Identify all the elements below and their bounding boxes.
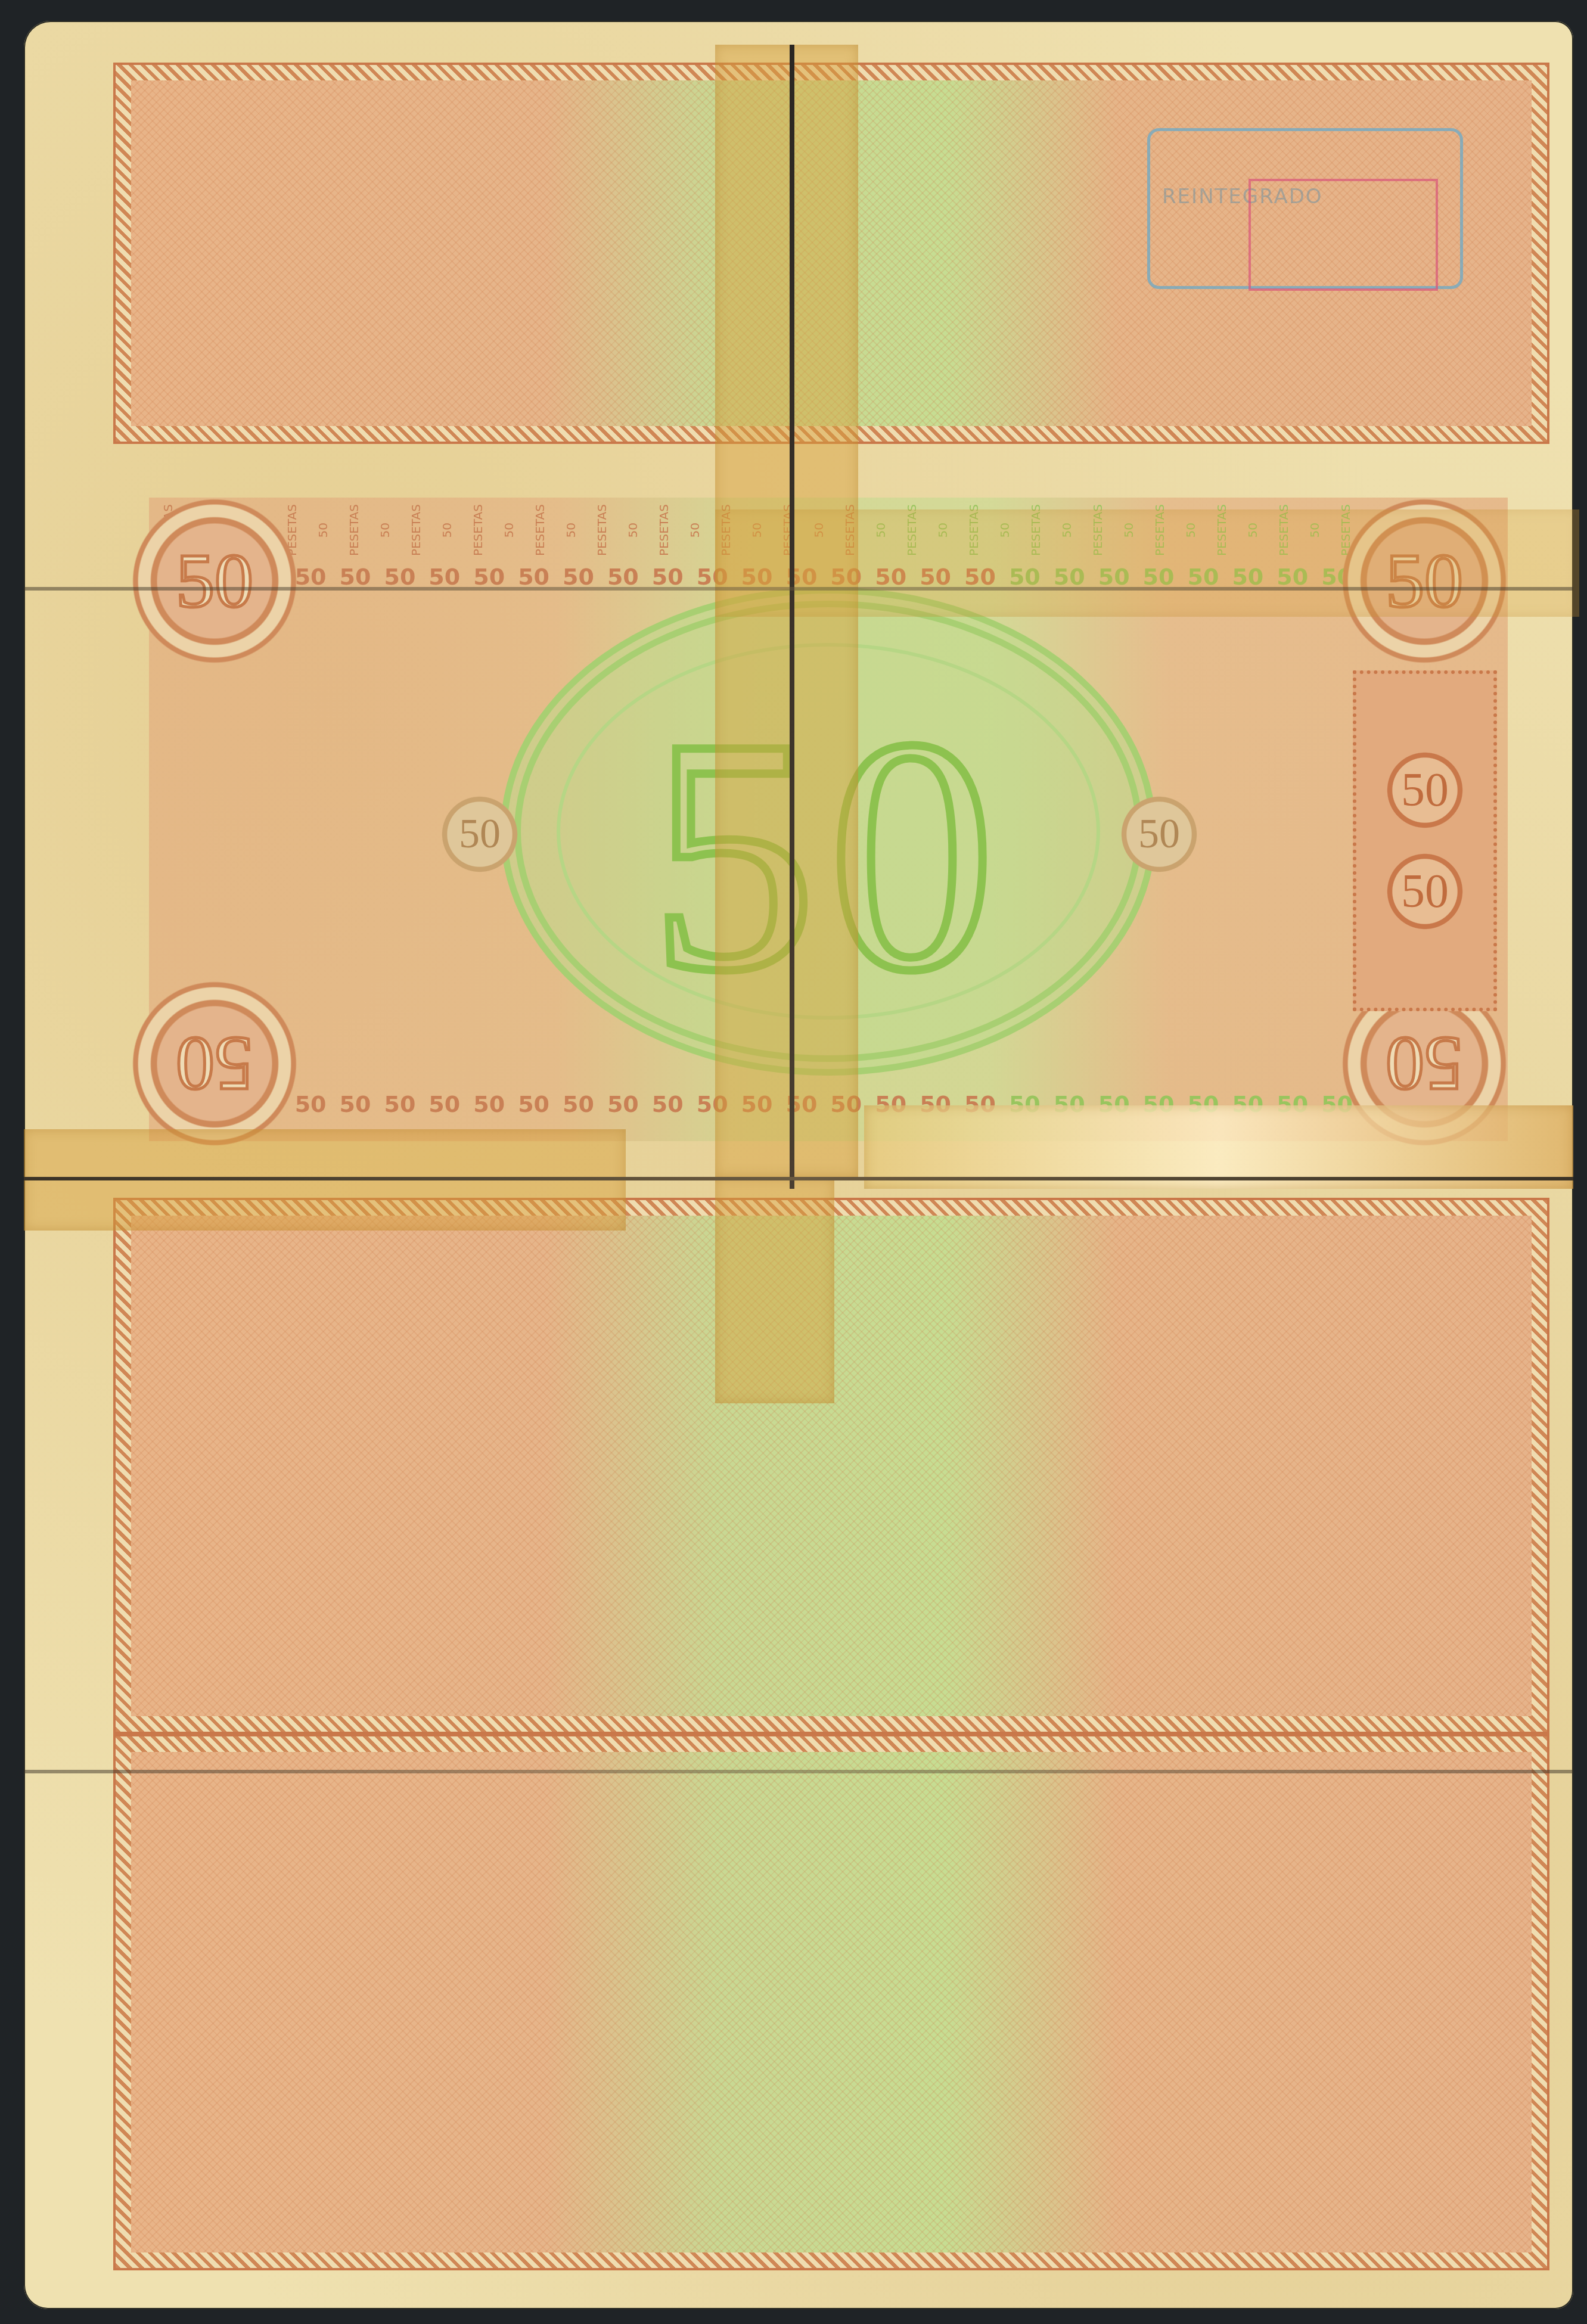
- red-stamp: [1249, 179, 1438, 291]
- pesetas-band-text: 50: [688, 523, 702, 537]
- band-repeat-text: 50: [473, 564, 505, 590]
- band-repeat-text: 50: [428, 1091, 460, 1117]
- band-repeat-text: 50: [340, 1091, 371, 1117]
- pesetas-band-text: 50: [564, 523, 578, 537]
- vertical-denomination-panel: 50 50: [1353, 670, 1497, 1011]
- pesetas-band-text: PESETAS: [657, 504, 671, 556]
- pesetas-band-text: PESETAS: [533, 504, 547, 556]
- tape-horizontal-right: [864, 1105, 1573, 1189]
- band-repeat-text: 50: [428, 564, 460, 590]
- document-sheet: PESETAS50PESETAS50PESETAS50PESETAS50PESE…: [24, 21, 1573, 2309]
- band-repeat-text: 50: [563, 564, 594, 590]
- pesetas-band-text: PESETAS: [595, 504, 609, 556]
- band-repeat-text: 50: [384, 564, 415, 590]
- rosette-mid-left: 50: [429, 784, 530, 885]
- band-repeat-text: 50: [607, 564, 639, 590]
- vpanel-numeral-lower: 50: [1374, 841, 1476, 942]
- panel-border-ornament: [116, 1736, 1547, 2268]
- crease-horizontal-middle: [24, 1177, 1573, 1180]
- band-repeat-text: 50: [340, 564, 371, 590]
- band-repeat-text: 50: [563, 1091, 594, 1117]
- band-repeat-text: 50: [518, 1091, 549, 1117]
- pesetas-band-text: 50: [440, 523, 454, 537]
- band-repeat-text: 50: [652, 564, 684, 590]
- band-repeat-text: 50: [473, 1091, 505, 1117]
- tape-horizontal-mid: [715, 509, 1579, 617]
- vpanel-numeral-upper: 50: [1374, 740, 1476, 841]
- band-repeat-text: 50: [518, 564, 549, 590]
- tape-vertical-bottom: [715, 1177, 834, 1403]
- rosette-mid-right: 50: [1108, 784, 1210, 885]
- band-repeat-text: 50: [607, 1091, 639, 1117]
- pesetas-band-text: 50: [626, 523, 640, 537]
- crease-horizontal-upper: [24, 587, 1573, 591]
- pesetas-band-text: PESETAS: [347, 504, 361, 556]
- pesetas-band-text: 50: [502, 523, 516, 537]
- band-repeat-text: 50: [652, 1091, 684, 1117]
- crease-vertical: [790, 45, 794, 1189]
- rosette-top-left: 50: [125, 492, 304, 670]
- bottom-panel-lower: [113, 1734, 1549, 2270]
- pesetas-band-text: 50: [316, 523, 330, 537]
- pesetas-band-text: PESETAS: [471, 504, 485, 556]
- pesetas-band-text: PESETAS: [409, 504, 423, 556]
- pesetas-band-text: 50: [378, 523, 392, 537]
- rosette-bottom-left: 50: [125, 974, 304, 1153]
- band-repeat-text: 50: [384, 1091, 415, 1117]
- crease-horizontal-lower: [24, 1770, 1573, 1773]
- band-repeat-text: 50: [295, 1091, 327, 1117]
